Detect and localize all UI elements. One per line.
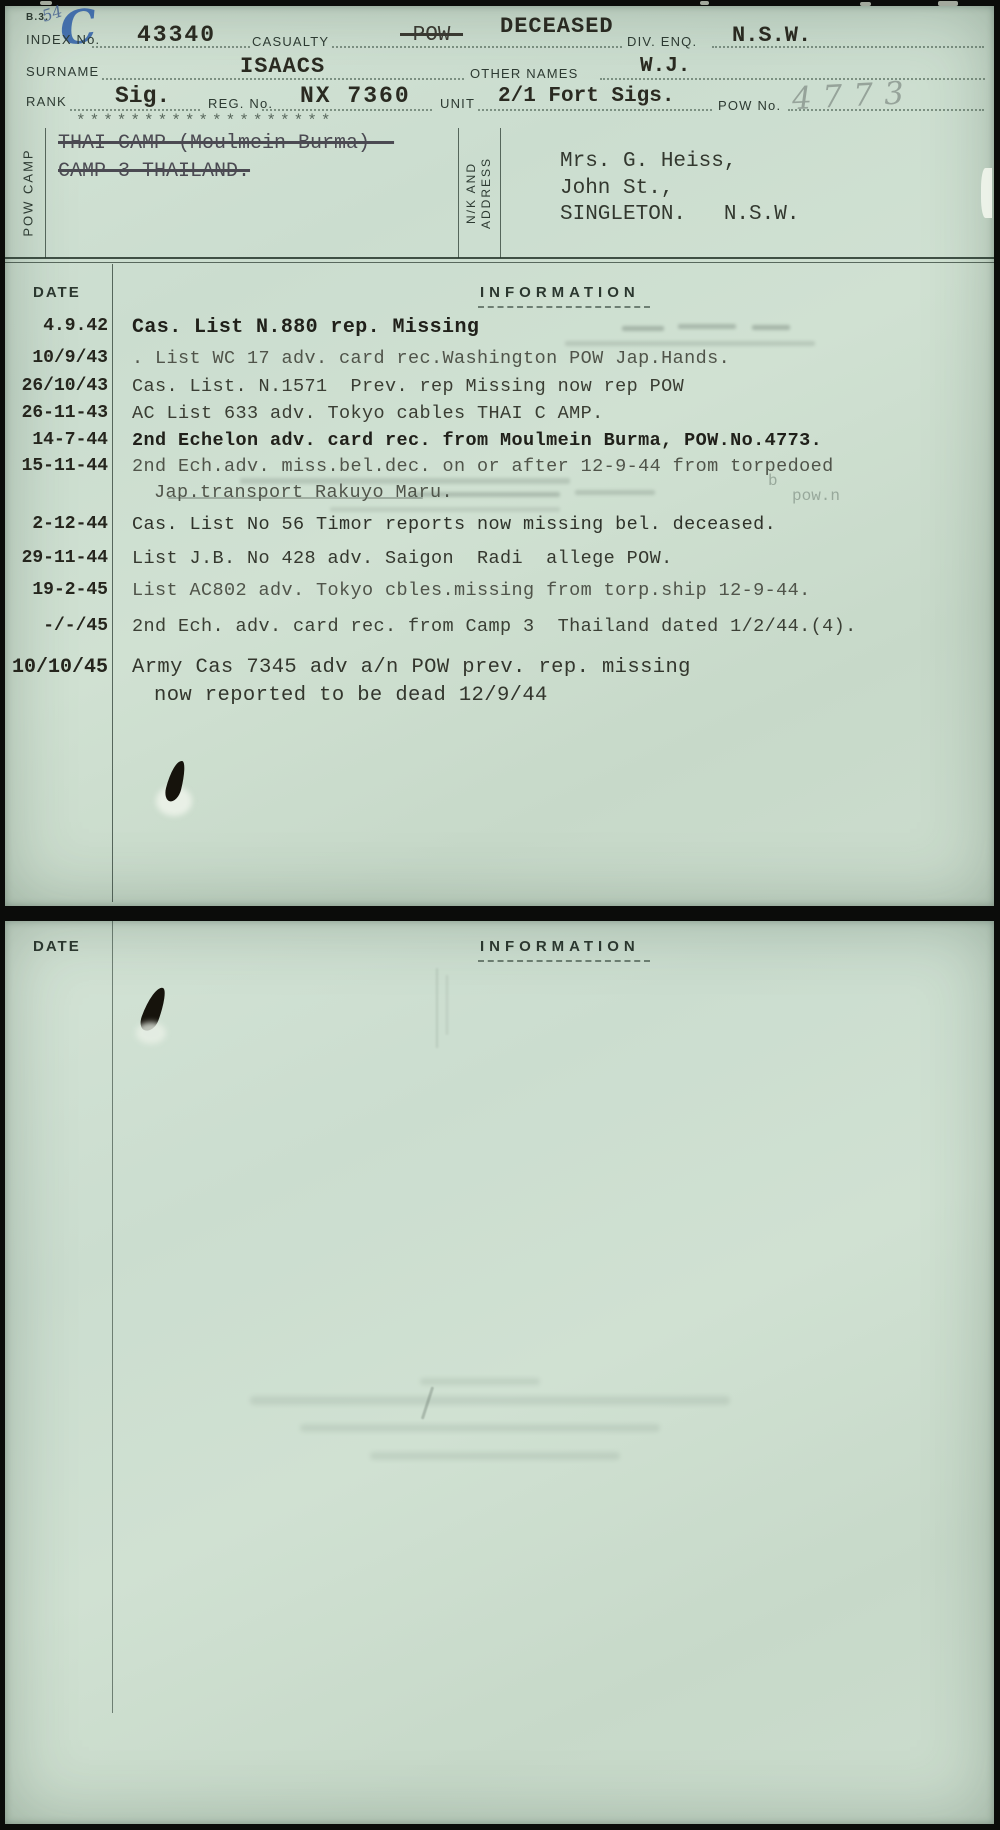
date-column-divider <box>112 264 113 902</box>
double-rule-bottom <box>5 262 994 263</box>
entry-text-line2: now reported to be dead 12/9/44 <box>154 684 548 707</box>
ink-smudge <box>575 490 655 495</box>
index-no-label: INDEX No. <box>26 32 100 47</box>
entry-text: 2nd Echelon adv. card rec. from Moulmein… <box>132 430 822 451</box>
entry-date: 4.9.42 <box>8 316 108 336</box>
dotted-rule <box>262 109 432 111</box>
nk-address-line3: SINGLETON. N.S.W. <box>560 203 799 226</box>
asterisk-row: ******************* <box>76 112 334 130</box>
entry-date: 2-12-44 <box>8 514 108 534</box>
information-column-header: INFORMATION <box>480 938 640 955</box>
rank-label: RANK <box>26 94 67 109</box>
casualty-struck-value: -POW- <box>400 24 463 47</box>
box-divider <box>458 128 459 258</box>
double-rule-top <box>5 257 994 259</box>
entry-date: -/-/45 <box>8 616 108 636</box>
nk-label-line1: N/K AND <box>464 128 479 258</box>
pow-record-scan: B.3. 54 C INDEX No. 43340 CASUALTY -POW-… <box>0 0 1000 1830</box>
date-column-divider <box>112 921 113 1713</box>
ghost-print-bar <box>420 1378 540 1385</box>
crease-mark <box>436 968 438 1048</box>
ink-smudge <box>565 341 815 346</box>
nk-address-line1: Mrs. G. Heiss, <box>560 150 736 173</box>
information-header-underline <box>478 960 650 962</box>
entry-date: 10/10/45 <box>8 656 108 679</box>
strike-smudge <box>168 497 423 499</box>
dotted-rule <box>478 109 712 111</box>
pow-camp-vertical-label: POW CAMP <box>21 128 36 258</box>
rank-value: Sig. <box>115 83 170 109</box>
box-divider <box>500 128 501 258</box>
information-header-underline <box>478 306 650 308</box>
nk-address-vertical-label: N/K AND ADDRESS <box>464 128 494 258</box>
information-column-header: INFORMATION <box>480 284 640 301</box>
camp-line2-struck: CAMP-3-THAILAND. <box>58 160 250 183</box>
entry-text: 2nd Ech.adv. miss.bel.dec. on or after 1… <box>132 456 834 477</box>
dotted-rule <box>712 46 984 48</box>
entry-date: 26-11-43 <box>8 403 108 423</box>
ghost-typed-word: pow.n <box>792 487 840 505</box>
entry-date: 10/9/43 <box>8 348 108 368</box>
date-column-header: DATE <box>33 938 81 955</box>
div-enq-label: DIV. ENQ. <box>627 34 697 49</box>
entry-date: 14-7-44 <box>8 430 108 450</box>
dotted-rule <box>92 46 250 48</box>
entry-text: Cas. List No 56 Timor reports now missin… <box>132 514 776 535</box>
unit-value: 2/1 Fort Sigs. <box>498 85 674 108</box>
nk-address-line2: John St., <box>560 177 673 200</box>
entry-date: 19-2-45 <box>8 580 108 600</box>
ink-smudge <box>240 478 570 484</box>
surname-label: SURNAME <box>26 64 99 79</box>
entry-text-line2: Jap.transport Rakuyo Maru. <box>154 482 453 503</box>
paper-tear-notch <box>981 168 992 218</box>
index-card-back <box>5 921 994 1824</box>
dotted-rule <box>332 46 622 48</box>
entry-text: Army Cas 7345 adv a/n POW prev. rep. mis… <box>132 656 691 679</box>
other-names-label: OTHER NAMES <box>470 66 579 81</box>
entry-text: List J.B. No 428 adv. Saigon Radi allege… <box>132 548 673 569</box>
casualty-value: DECEASED <box>500 14 614 39</box>
ghost-print-bar <box>300 1424 660 1432</box>
dotted-rule <box>600 78 985 80</box>
pow-no-label: POW No. <box>718 98 781 113</box>
entry-date: 29-11-44 <box>8 548 108 568</box>
div-enq-value: N.S.W. <box>732 23 811 48</box>
entry-text: AC List 633 adv. Tokyo cables THAI C AMP… <box>132 403 604 424</box>
entry-date: 15-11-44 <box>8 456 108 476</box>
surname-value: ISAACS <box>240 54 325 79</box>
dotted-rule <box>70 109 200 111</box>
ink-smudge <box>330 507 560 512</box>
paper-tear-halo <box>136 1022 166 1044</box>
edge-speck <box>860 2 871 6</box>
ghost-print-bar <box>370 1452 620 1460</box>
entry-text: Cas. List N.880 rep. Missing <box>132 316 479 339</box>
entry-text: Cas. List. N.1571 Prev. rep Missing now … <box>132 376 684 397</box>
ink-smudge <box>752 325 790 330</box>
entry-text: . List WC 17 adv. card rec.Washington PO… <box>132 348 730 369</box>
camp-line1-struck: THAI-CAMP (Moulmein Burma) - <box>58 132 394 155</box>
casualty-label: CASUALTY <box>252 34 329 49</box>
crease-mark <box>446 975 448 1035</box>
box-divider <box>45 128 46 258</box>
entry-text: List AC802 adv. Tokyo cbles.missing from… <box>132 580 811 601</box>
index-no-value: 43340 <box>137 22 216 48</box>
dotted-rule <box>788 109 984 111</box>
ghost-typed-char: b <box>768 472 778 490</box>
ink-smudge <box>678 324 736 329</box>
ink-smudge <box>410 492 560 497</box>
edge-speck <box>700 1 709 5</box>
entry-date: 26/10/43 <box>8 376 108 396</box>
ghost-print-bar <box>250 1396 730 1405</box>
entry-text: 2nd Ech. adv. card rec. from Camp 3 Thai… <box>132 616 857 637</box>
ink-smudge <box>622 326 664 331</box>
unit-label: UNIT <box>440 96 475 111</box>
other-names-value: W.J. <box>640 55 690 78</box>
edge-speck <box>938 1 958 6</box>
reg-no-value: NX 7360 <box>300 83 411 109</box>
date-column-header: DATE <box>33 284 81 301</box>
dotted-rule <box>102 78 464 80</box>
nk-label-line2: ADDRESS <box>479 128 494 258</box>
